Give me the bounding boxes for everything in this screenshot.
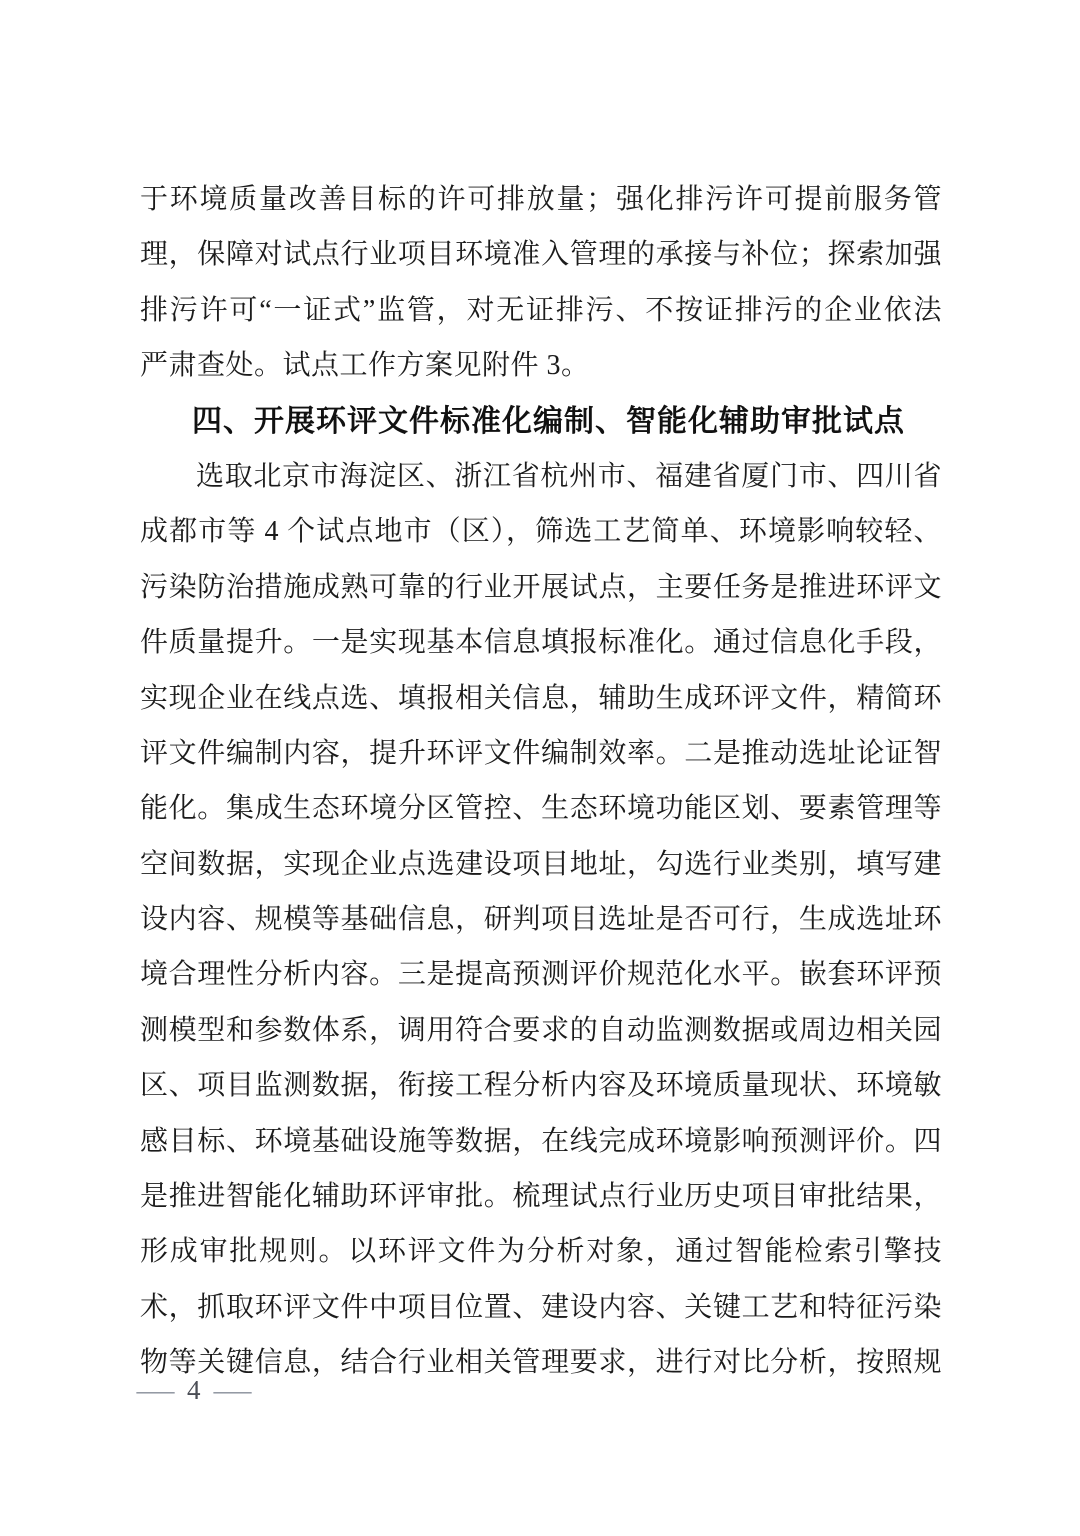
text-line: 设内容、规模等基础信息，研判项目选址是否可行，生成选址环 [140, 892, 942, 947]
text-line: 污染防治措施成熟可靠的行业开展试点，主要任务是推进环评文 [140, 560, 942, 615]
text-line: 测模型和参数体系，调用符合要求的自动监测数据或周边相关园 [140, 1003, 942, 1058]
text-line: 于环境质量改善目标的许可排放量；强化排污许可提前服务管 [140, 172, 942, 227]
text-line: 评文件编制内容，提升环评文件编制效率。二是推动选址论证智 [140, 726, 942, 781]
footer-dash-right: — [213, 1375, 251, 1406]
page-number-footer: — 4 — [142, 1368, 246, 1412]
document-page: 于环境质量改善目标的许可排放量；强化排污许可提前服务管 理，保障对试点行业项目环… [0, 0, 1080, 1536]
footer-dash-left: — [137, 1375, 175, 1406]
text-line: 成都市等 4 个试点地市（区），筛选工艺简单、环境影响较轻、 [140, 504, 942, 559]
text-line: 排污许可“一证式”监管，对无证排污、不按证排污的企业依法 [140, 283, 942, 338]
text-line-paragraph-end: 严肃查处。试点工作方案见附件 3。 [140, 338, 942, 393]
text-line: 实现企业在线点选、填报相关信息，辅助生成环评文件，精简环 [140, 671, 942, 726]
text-line: 感目标、环境基础设施等数据，在线完成环境影响预测评价。四 [140, 1114, 942, 1169]
text-line: 区、项目监测数据，衔接工程分析内容及环境质量现状、环境敏 [140, 1058, 942, 1113]
text-line: 术，抓取环评文件中项目位置、建设内容、关键工艺和特征污染 [140, 1280, 942, 1335]
text-line: 能化。集成生态环境分区管控、生态环境功能区划、要素管理等 [140, 781, 942, 836]
section-heading: 四、开展环评文件标准化编制、智能化辅助审批试点 [140, 394, 942, 449]
text-line: 空间数据，实现企业点选建设项目地址，勾选行业类别，填写建 [140, 837, 942, 892]
text-line: 理，保障对试点行业项目环境准入管理的承接与补位；探索加强 [140, 227, 942, 282]
document-text-block: 于环境质量改善目标的许可排放量；强化排污许可提前服务管 理，保障对试点行业项目环… [140, 172, 942, 1391]
text-line: 境合理性分析内容。三是提高预测评价规范化水平。嵌套环评预 [140, 947, 942, 1002]
page-number: 4 [187, 1375, 201, 1406]
text-line: 是推进智能化辅助环评审批。梳理试点行业历史项目审批结果， [140, 1169, 942, 1224]
text-line: 件质量提升。一是实现基本信息填报标准化。通过信息化手段， [140, 615, 942, 670]
text-line: 形成审批规则。以环评文件为分析对象，通过智能检索引擎技 [140, 1224, 942, 1279]
text-line: 物等关键信息，结合行业相关管理要求，进行对比分析，按照规 [140, 1335, 942, 1390]
text-line-paragraph-start: 选取北京市海淀区、浙江省杭州市、福建省厦门市、四川省 [140, 449, 942, 504]
